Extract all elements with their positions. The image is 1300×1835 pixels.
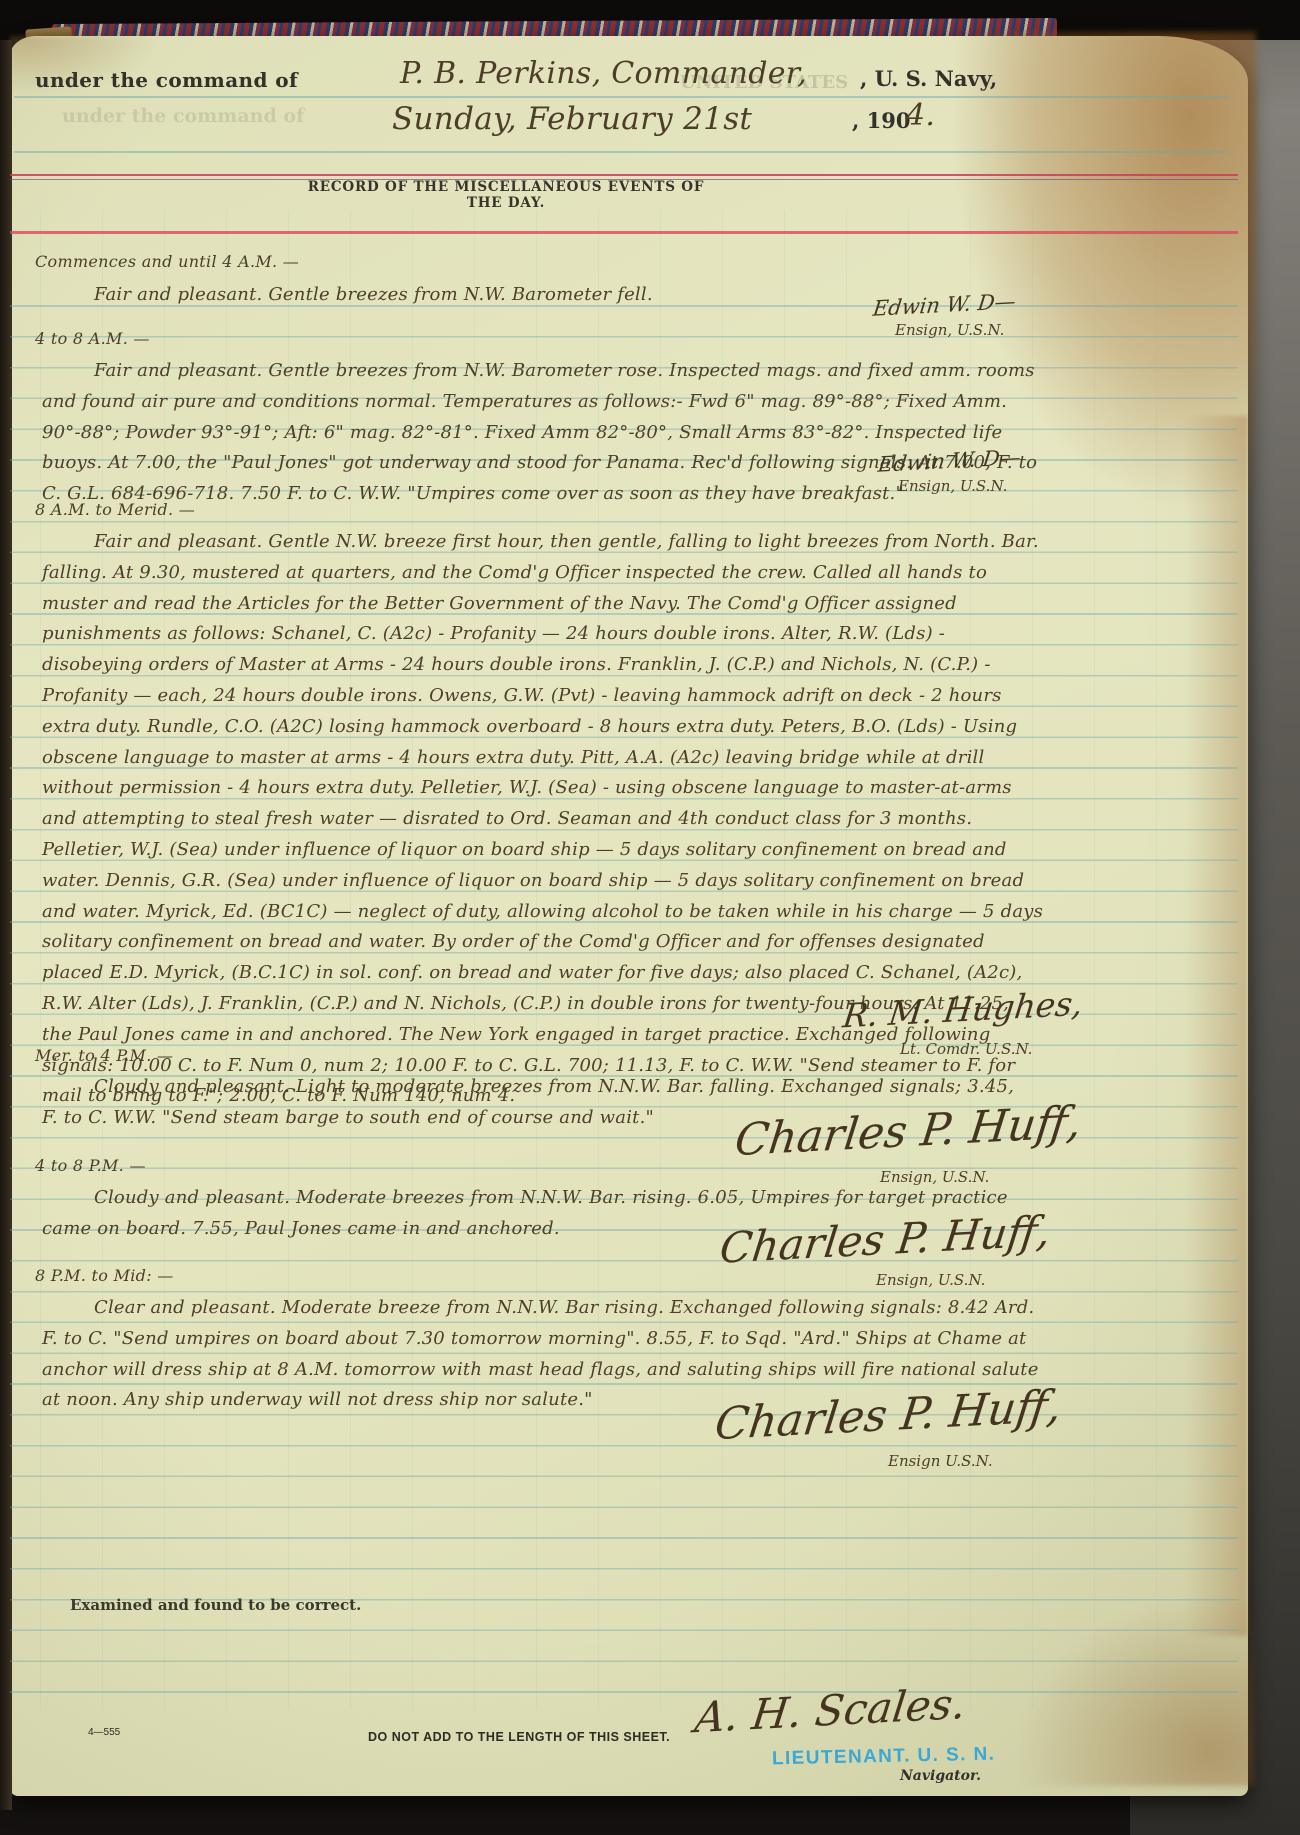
lieutenant-stamp: LIEUTENANT. U. S. N. — [772, 1744, 996, 1771]
printed-year-190: , 190 — [852, 108, 910, 133]
entry-2-body: Fair and pleasant. Gentle breezes from N… — [42, 356, 1042, 510]
entry-1-heading: Commences and until 4 A.M. — — [35, 252, 299, 271]
entry-6-rank: Ensign U.S.N. — [888, 1452, 993, 1470]
entry-6-heading: 8 P.M. to Mid: — — [35, 1266, 174, 1285]
entry-5-heading: 4 to 8 P.M. — — [35, 1156, 146, 1175]
header-rule-1 — [14, 96, 1229, 98]
examined-statement: Examined and found to be correct. — [70, 1596, 361, 1614]
entry-2-rank: Ensign, U.S.N. — [898, 477, 1007, 495]
entry-1-body: Fair and pleasant. Gentle breezes from N… — [42, 280, 1017, 311]
date-handwritten: Sunday, February 21st — [392, 101, 752, 137]
entry-2-heading: 4 to 8 A.M. — — [35, 329, 150, 348]
do-not-add-notice: DO NOT ADD TO THE LENGTH OF THIS SHEET. — [368, 1730, 670, 1744]
entry-3-rank: Lt. Comdr. U.S.N. — [900, 1040, 1032, 1058]
entry-4-heading: Mer. to 4 P.M. — — [35, 1046, 173, 1065]
navigator-label: Navigator. — [900, 1768, 981, 1784]
form-number: 4—555 — [88, 1727, 120, 1738]
section-title: RECORD OF THE MISCELLANEOUS EVENTS OF TH… — [300, 179, 712, 211]
commander-name-handwritten: P. B. Perkins, Commander, — [400, 56, 807, 91]
printed-under-command: under the command of — [35, 68, 298, 92]
entry-3-heading: 8 A.M. to Merid. — — [35, 500, 195, 519]
header-rule-2 — [14, 151, 1229, 153]
year-digit-handwritten: 4. — [906, 98, 935, 133]
ghost-command-text: under the command of — [62, 105, 304, 127]
logbook-photo: UNITED STATES under the command of under… — [0, 0, 1300, 1835]
printed-us-navy: , U. S. Navy, — [860, 66, 997, 91]
entry-5-rank: Ensign, U.S.N. — [876, 1271, 985, 1289]
entry-1-rank: Ensign, U.S.N. — [895, 321, 1004, 339]
